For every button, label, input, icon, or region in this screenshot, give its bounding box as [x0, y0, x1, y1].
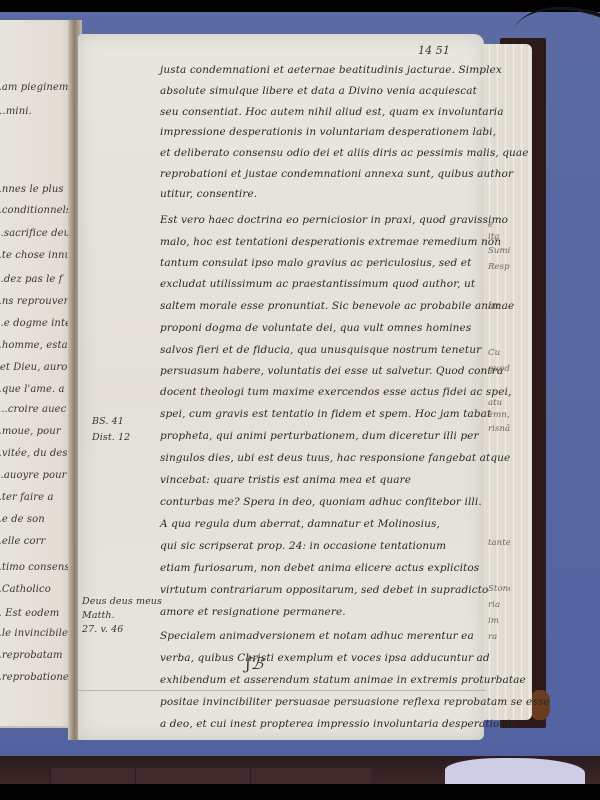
text-line: saltem morale esse pronuntiat. Sic benev… — [160, 300, 514, 312]
text-line: conturbas me? Spera in deo, quoniam adhu… — [160, 496, 482, 508]
text-line: virtutum contrariarum oppositarum, sed d… — [160, 584, 488, 596]
text-line: impressione desperationis in voluntariam… — [160, 126, 496, 138]
left-fragment: ...croire auec — [0, 404, 66, 415]
text-line: absolute simulque libere et data a Divin… — [160, 85, 477, 97]
text-line: a deo, et cui inest propterea impressio … — [160, 718, 519, 730]
table-slat — [135, 768, 251, 784]
margin-note: 27. v. 46 — [82, 624, 123, 635]
left-fragment: ...Catholico — [0, 584, 51, 595]
text-line: malo, hoc est tentationi desperationis e… — [160, 236, 501, 248]
text-line: persuasum habere, voluntatis dei esse ut… — [160, 365, 503, 377]
text-line: salvos fieri et de fiducia, qua unusquis… — [160, 344, 481, 356]
left-fragment: ...sacrifice deuin — [0, 228, 70, 239]
left-fragment: ...mini. — [0, 106, 32, 117]
text-line: et deliberato consensu odio dei et aliis… — [160, 147, 529, 159]
text-line: etiam furiosarum, non debet anima elicer… — [160, 562, 479, 574]
left-fragment: ...que l'ame. a — [0, 384, 65, 395]
text-line: justa condemnationi et aeternae beatitud… — [160, 64, 502, 76]
left-fragment: ...ns reprouver — [0, 296, 68, 307]
left-fragment: ...te chose innuable — [0, 250, 70, 261]
right-fragment: im — [488, 616, 499, 626]
left-fragment: ...et Dieu, auroit — [0, 362, 70, 373]
right-fragment: atu — [488, 398, 502, 408]
text-line: utitur, consentire. — [160, 188, 257, 200]
underlying-page-text: e ita Sumi Respo ait Cu quod atu emn, ri… — [486, 0, 510, 800]
right-fragment: Stone — [488, 584, 510, 594]
left-fragment: ...nnes le plus — [0, 184, 64, 195]
text-line: docent theologi tum maxime exercendos es… — [160, 386, 511, 398]
left-fragment: ...e dogme inter — [0, 318, 70, 329]
text-line: A qua regula dum aberrat, damnatur et Mo… — [160, 518, 440, 530]
text-line: excludat utilissimum ac praestantissimum… — [160, 278, 475, 290]
text-line: seu consentiat. Hoc autem nihil aliud es… — [160, 106, 504, 118]
margin-note: Deus deus meus — [82, 596, 162, 607]
left-fragment: ...am pieginem — [0, 82, 69, 93]
left-fragment: ...conditionnels — [0, 205, 70, 216]
text-line: verba, quibus Christi exemplum et voces … — [160, 652, 490, 664]
left-page-text: ...am pieginem ...mini. ...nnes le plus … — [0, 20, 70, 740]
margin-note: BS. 41 — [92, 416, 124, 427]
left-fragment: ...reprobationem — [0, 672, 70, 683]
right-fragment: Sumi — [488, 246, 510, 256]
text-line: spei, cum gravis est tentatio in fidem e… — [160, 408, 491, 420]
left-fragment: ...moue, pour — [0, 426, 61, 437]
table-slat — [50, 768, 136, 784]
left-fragment: ...ter faire a — [0, 492, 54, 503]
left-fragment: ...timo consens — [0, 562, 70, 573]
text-line: exhibendum et asserendum statum animae i… — [160, 674, 526, 686]
right-fragment: ait — [488, 302, 500, 312]
right-fragment: ra — [488, 632, 497, 642]
right-fragment: quod — [488, 364, 510, 374]
text-line: singulos dies, ubi est deus tuus, hac re… — [160, 452, 510, 464]
left-fragment: ... Est eodem — [0, 608, 59, 619]
right-fragment: Respo — [488, 262, 510, 272]
page-fold-line — [78, 690, 486, 691]
text-line: Est vero haec doctrina eo perniciosior i… — [160, 214, 508, 226]
text-line: amore et resignatione permanere. — [160, 606, 346, 618]
text-line: vincebat: quare tristis est anima mea et… — [160, 474, 411, 486]
left-fragment: ...dez pas le f — [0, 274, 62, 285]
signature-flourish: ʃℬ — [246, 654, 263, 673]
right-fragment: risnā — [488, 424, 510, 434]
right-fragment: Cu — [488, 348, 500, 358]
left-fragment: ...elle corr — [0, 536, 45, 547]
margin-note: Dist. 12 — [92, 432, 130, 443]
text-line: reprobationi et justae condemnationi ann… — [160, 168, 513, 180]
left-fragment: ...le invincibile — [0, 628, 68, 639]
text-line: Specialem animadversionem et notam adhuc… — [160, 630, 474, 642]
right-fragment: e — [488, 220, 493, 230]
margin-note: Matth. — [82, 610, 115, 621]
right-fragment: ria — [488, 600, 500, 610]
left-fragment: ...auoyre pour — [0, 470, 67, 481]
left-page: ...am pieginem ...mini. ...nnes le plus … — [0, 20, 76, 728]
table-slat — [250, 768, 371, 784]
right-fragment: emn, — [488, 410, 510, 420]
right-fragment: ita — [488, 232, 500, 242]
folio-number: 14 51 — [418, 44, 450, 57]
text-line: propheta, qui animi perturbationem, dum … — [160, 430, 479, 442]
left-fragment: ...e de son — [0, 514, 45, 525]
text-line: proponi dogma de voluntate dei, qua vult… — [160, 322, 471, 334]
photo-bottom-border — [0, 784, 600, 800]
right-fragment: tante — [488, 538, 510, 548]
left-fragment: ...reprobatam — [0, 650, 63, 661]
left-fragment: ...homme, estant — [0, 340, 70, 351]
text-line: tantum consulat ipso malo gravius ac per… — [160, 257, 471, 269]
photo-top-border — [0, 0, 600, 12]
text-line: qui sic scripserat prop. 24: in occasion… — [160, 540, 446, 552]
left-fragment: ...vitée, du desp — [0, 448, 70, 459]
